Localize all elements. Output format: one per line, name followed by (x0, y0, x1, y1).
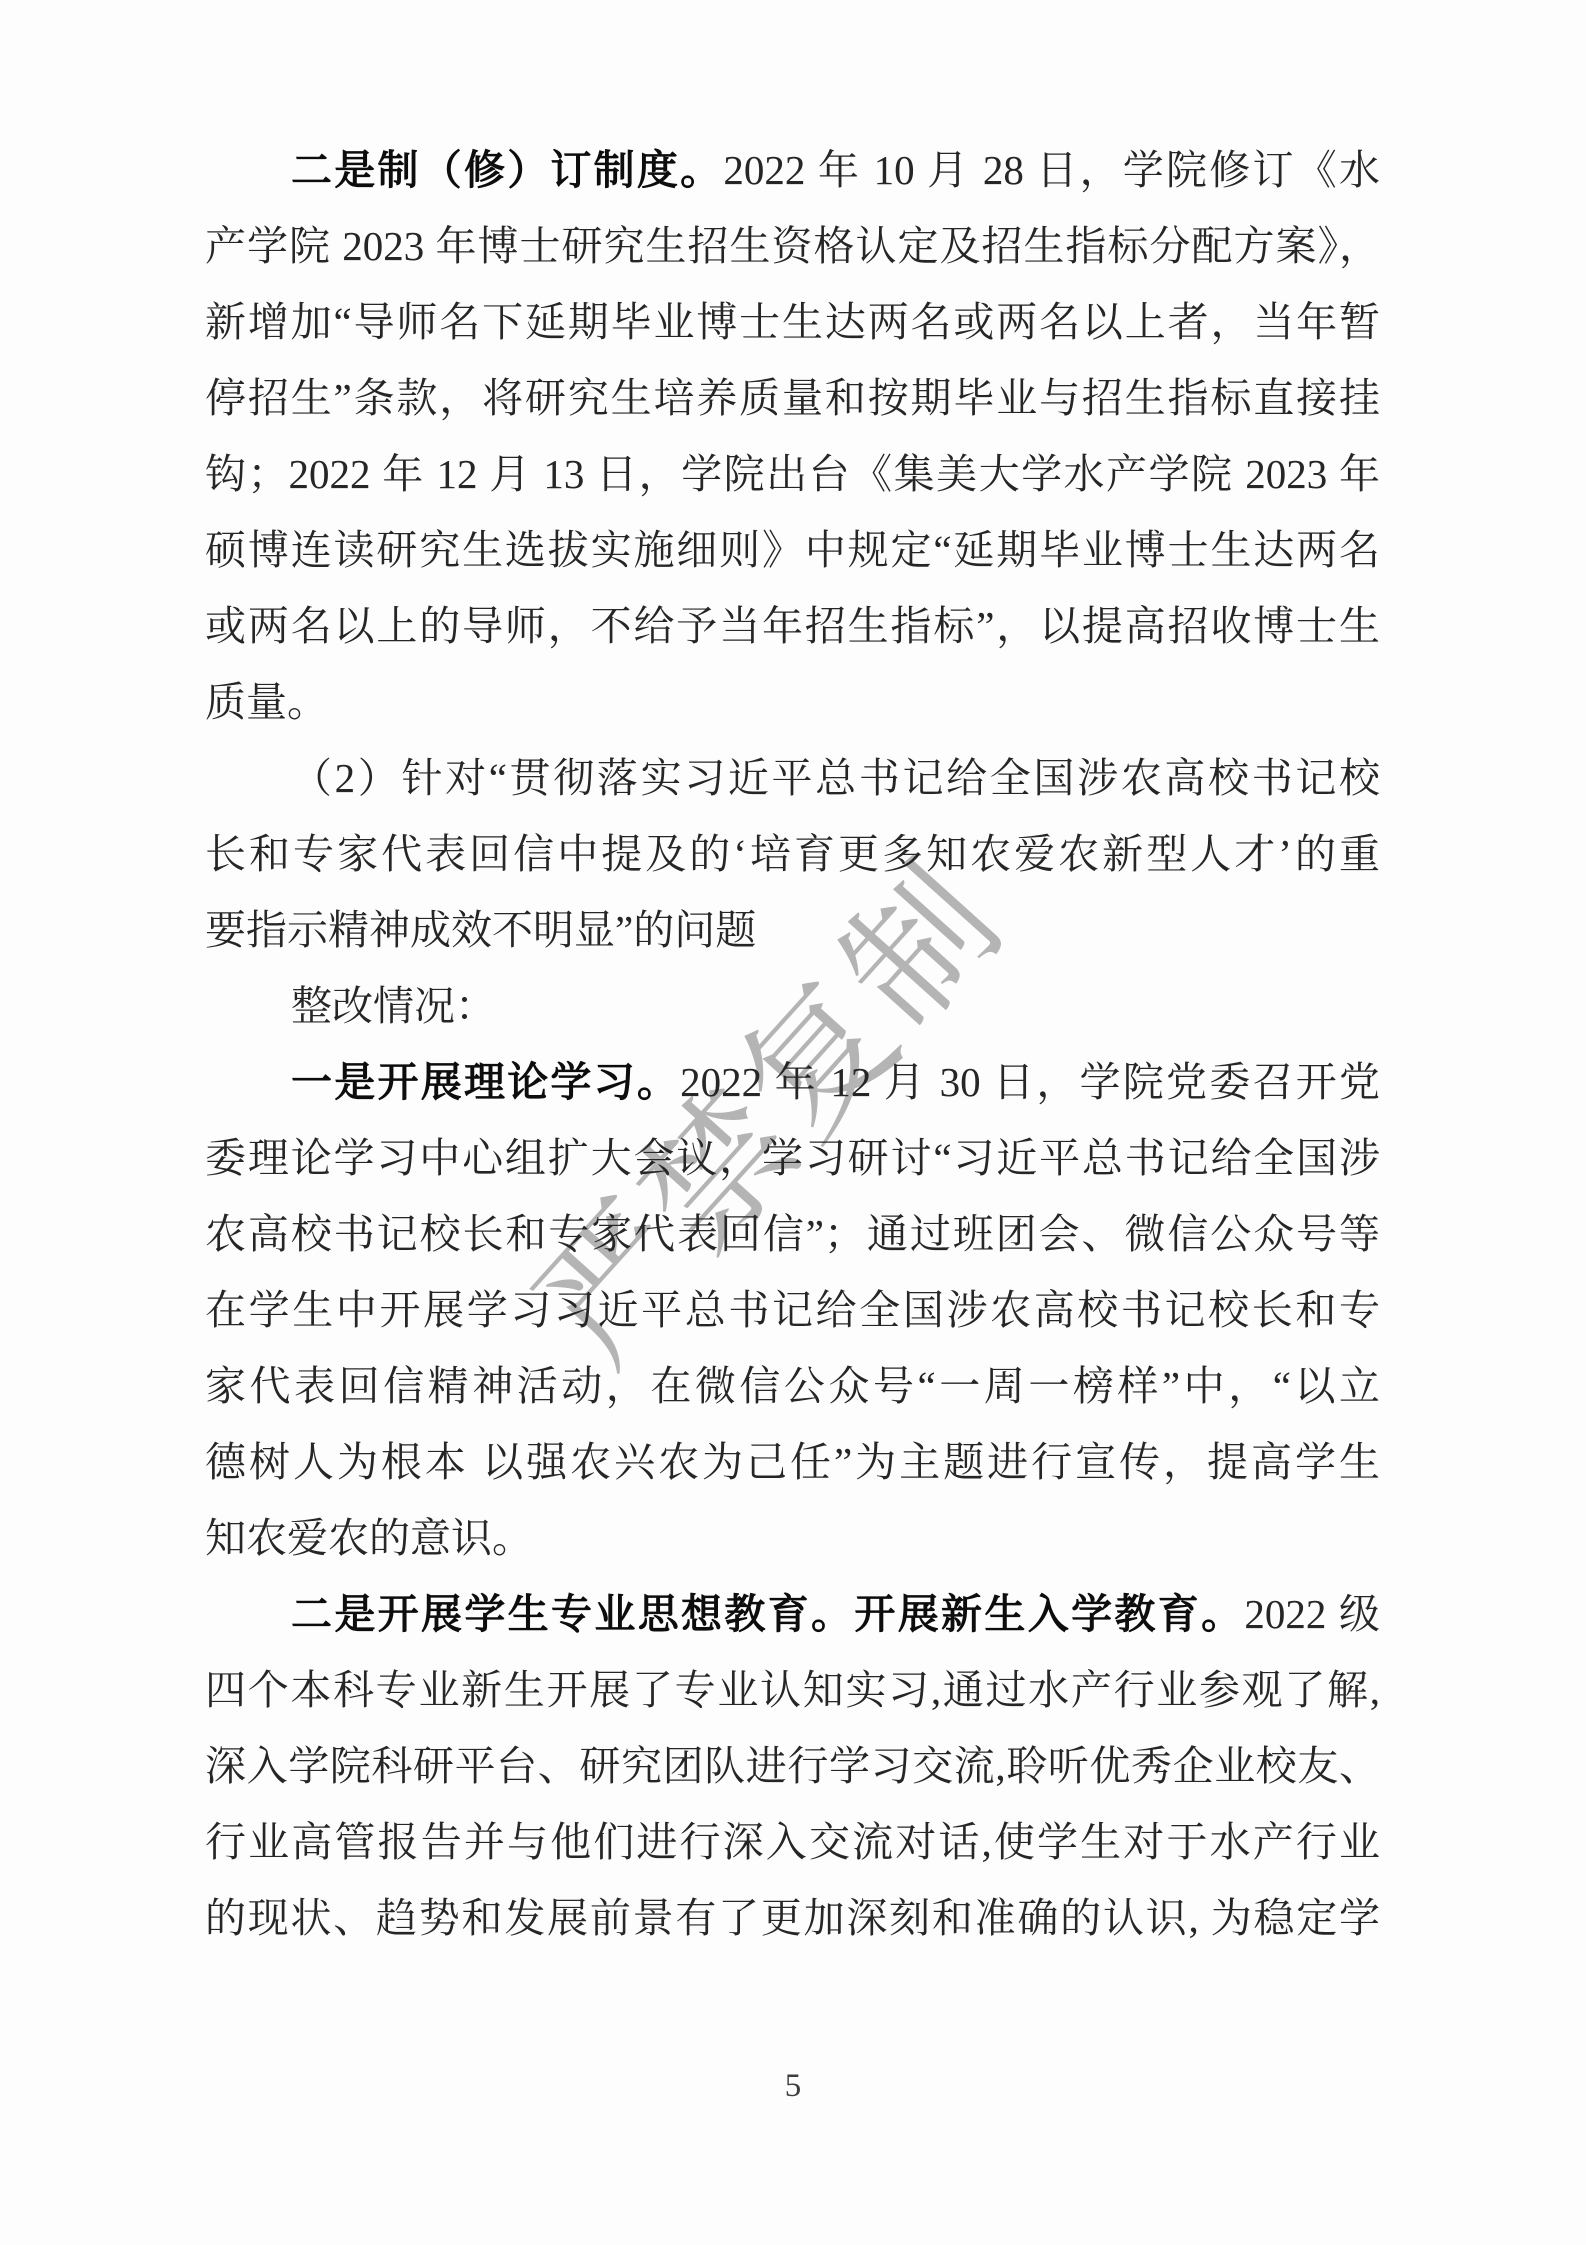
text-line: （2）针对“贯彻落实习近平总书记给全国涉农高校书记校 (205, 740, 1380, 816)
bold-run: 二是开展学生专业思想教育。开展新生入学教育。 (291, 1591, 1244, 1637)
text-run: 停招生”条款，将研究生培养质量和按期毕业与招生指标直接挂 (205, 375, 1380, 421)
bold-run: 二是制（修）订制度。 (291, 147, 723, 193)
text-line: 知农爱农的意识。 (205, 1500, 1380, 1576)
text-line: 的现状、趋势和发展前景有了更加深刻和准确的认识, 为稳定学 (205, 1880, 1380, 1956)
text-run: 整改情况： (291, 983, 496, 1029)
document-page: 严禁复制 二是制（修）订制度。2022 年 10 月 28 日，学院修订《水产学… (0, 0, 1586, 2245)
text-line: 质量。 (205, 664, 1380, 740)
text-line: 委理论学习中心组扩大会议，学习研讨“习近平总书记给全国涉 (205, 1120, 1380, 1196)
text-line: 新增加“导师名下延期毕业博士生达两名或两名以上者，当年暂 (205, 284, 1380, 360)
text-line: 一是开展理论学习。2022 年 12 月 30 日，学院党委召开党 (205, 1044, 1380, 1120)
text-line: 产学院 2023 年博士研究生招生资格认定及招生指标分配方案》， (205, 208, 1380, 284)
text-line: 要指示精神成效不明显”的问题 (205, 892, 1380, 968)
text-run: 长和专家代表回信中提及的‘培育更多知农爱农新型人才’的重 (205, 831, 1380, 877)
text-line: 行业高管报告并与他们进行深入交流对话,使学生对于水产行业 (205, 1804, 1380, 1880)
text-line: 整改情况： (205, 968, 1380, 1044)
text-run: 或两名以上的导师，不给予当年招生指标”，以提高招收博士生 (205, 603, 1380, 649)
text-line: 二是开展学生专业思想教育。开展新生入学教育。2022 级 (205, 1576, 1380, 1652)
document-body: 二是制（修）订制度。2022 年 10 月 28 日，学院修订《水产学院 202… (205, 132, 1380, 1956)
text-run: 质量。 (205, 679, 328, 725)
text-run: 在学生中开展学习习近平总书记给全国涉农高校书记校长和专 (205, 1287, 1380, 1333)
text-line: 农高校书记校长和专家代表回信”；通过班团会、微信公众号等 (205, 1196, 1380, 1272)
text-line: 德树人为根本 以强农兴农为己任”为主题进行宣传，提高学生 (205, 1424, 1380, 1500)
text-run: 的现状、趋势和发展前景有了更加深刻和准确的认识, 为稳定学 (205, 1895, 1380, 1941)
text-run: 2022 年 12 月 30 日，学院党委召开党 (680, 1059, 1380, 1105)
text-run: 委理论学习中心组扩大会议，学习研讨“习近平总书记给全国涉 (205, 1135, 1380, 1181)
text-line: 硕博连读研究生选拔实施细则》中规定“延期毕业博士生达两名 (205, 512, 1380, 588)
text-run: 深入学院科研平台、研究团队进行学习交流,聆听优秀企业校友、 (205, 1743, 1380, 1789)
text-run: 家代表回信精神活动，在微信公众号“一周一榜样”中，“以立 (205, 1363, 1380, 1409)
text-run: 要指示精神成效不明显”的问题 (205, 907, 756, 953)
text-run: 德树人为根本 以强农兴农为己任”为主题进行宣传，提高学生 (205, 1439, 1380, 1485)
text-run: 硕博连读研究生选拔实施细则》中规定“延期毕业博士生达两名 (205, 527, 1380, 573)
text-line: 或两名以上的导师，不给予当年招生指标”，以提高招收博士生 (205, 588, 1380, 664)
text-run: 农高校书记校长和专家代表回信”；通过班团会、微信公众号等 (205, 1211, 1380, 1257)
text-run: 产学院 2023 年博士研究生招生资格认定及招生指标分配方案》， (205, 223, 1380, 269)
text-run: 知农爱农的意识。 (205, 1515, 533, 1561)
page-number: 5 (0, 2068, 1586, 2105)
text-line: 长和专家代表回信中提及的‘培育更多知农爱农新型人才’的重 (205, 816, 1380, 892)
text-line: 深入学院科研平台、研究团队进行学习交流,聆听优秀企业校友、 (205, 1728, 1380, 1804)
text-line: 在学生中开展学习习近平总书记给全国涉农高校书记校长和专 (205, 1272, 1380, 1348)
text-run: 新增加“导师名下延期毕业博士生达两名或两名以上者，当年暂 (205, 299, 1380, 345)
text-run: 2022 级 (1244, 1591, 1380, 1637)
text-run: 2022 年 10 月 28 日，学院修订《水 (723, 147, 1380, 193)
text-run: （2）针对“贯彻落实习近平总书记给全国涉农高校书记校 (291, 755, 1380, 801)
text-line: 钩；2022 年 12 月 13 日，学院出台《集美大学水产学院 2023 年 (205, 436, 1380, 512)
text-run: 行业高管报告并与他们进行深入交流对话,使学生对于水产行业 (205, 1819, 1380, 1865)
text-line: 家代表回信精神活动，在微信公众号“一周一榜样”中，“以立 (205, 1348, 1380, 1424)
text-run: 四个本科专业新生开展了专业认知实习,通过水产行业参观了解, (205, 1667, 1380, 1713)
bold-run: 一是开展理论学习。 (291, 1059, 680, 1105)
text-line: 停招生”条款，将研究生培养质量和按期毕业与招生指标直接挂 (205, 360, 1380, 436)
text-run: 钩；2022 年 12 月 13 日，学院出台《集美大学水产学院 2023 年 (205, 451, 1380, 497)
text-line: 二是制（修）订制度。2022 年 10 月 28 日，学院修订《水 (205, 132, 1380, 208)
text-line: 四个本科专业新生开展了专业认知实习,通过水产行业参观了解, (205, 1652, 1380, 1728)
